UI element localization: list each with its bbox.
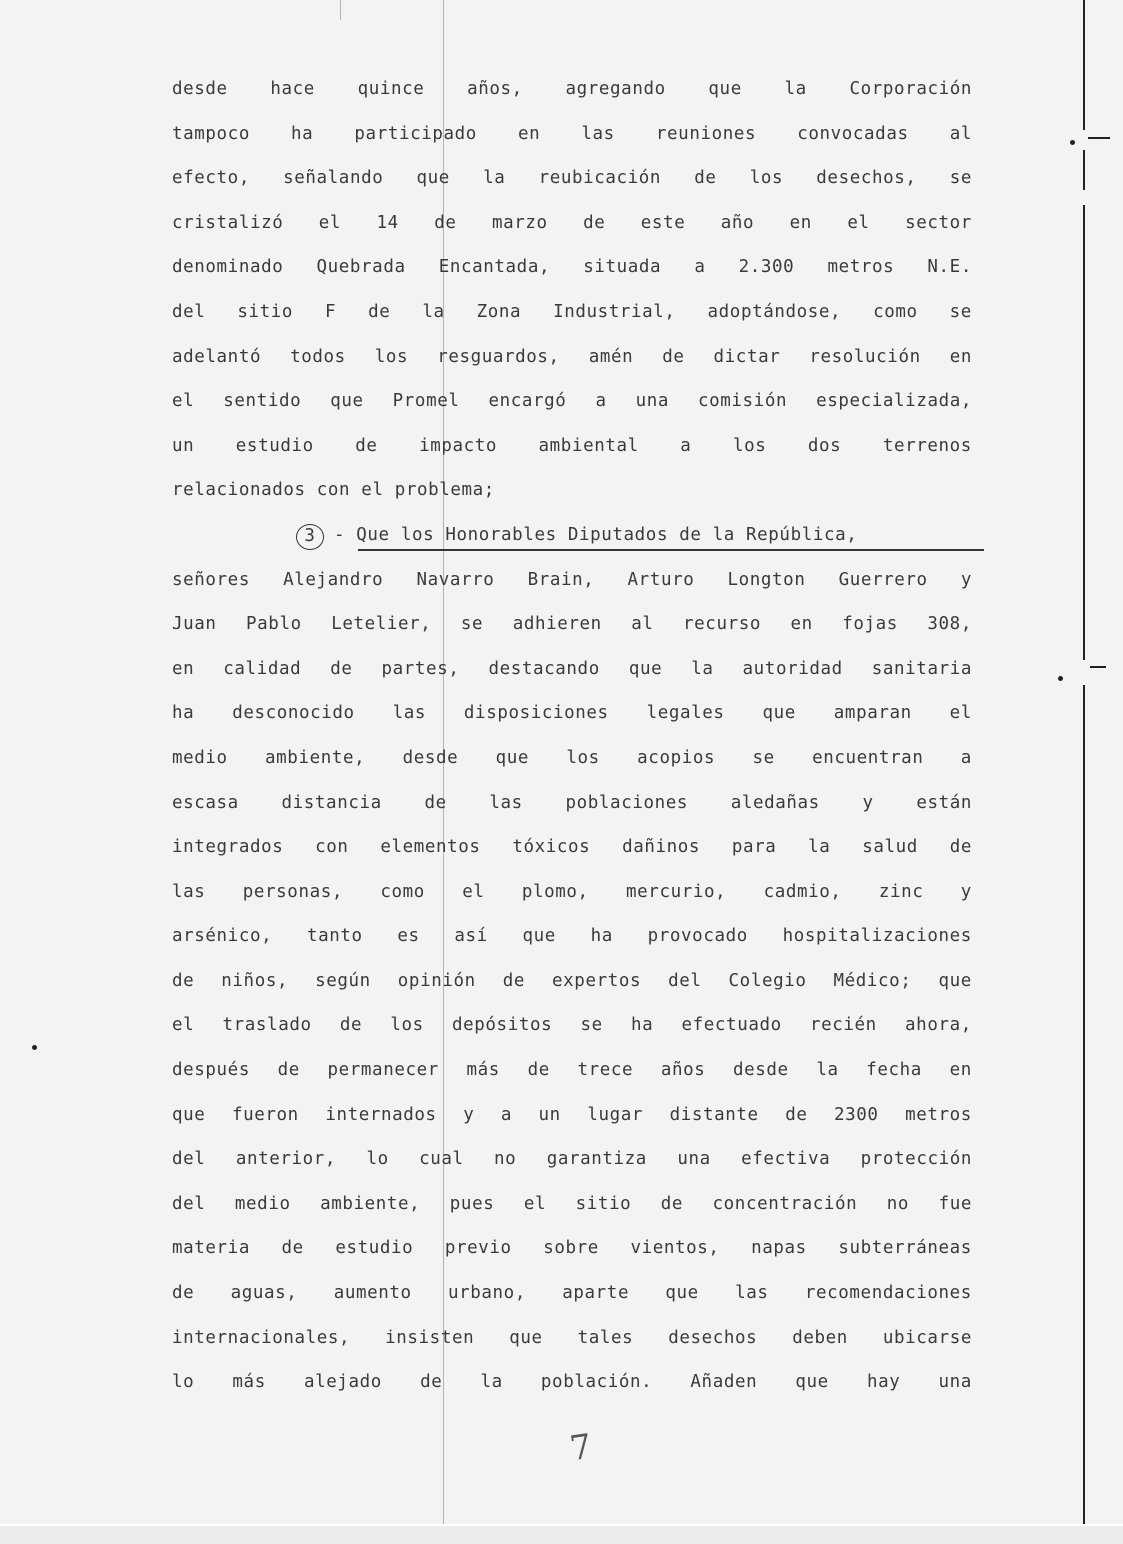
text-line: eltrasladodelosdepósitossehaefectuadorec… — [172, 1014, 972, 1059]
text-line: unestudiodeimpactoambientalalosdosterren… — [172, 435, 972, 480]
text-line: despuésdepermanecermásdetreceañosdesdela… — [172, 1059, 972, 1104]
text-line: efecto,señalandoquelareubicacióndelosdes… — [172, 167, 972, 212]
punch-mark — [32, 1045, 37, 1050]
scanned-page: desdehacequinceaños,agregandoquelaCorpor… — [0, 0, 1123, 1530]
punch-mark — [1058, 676, 1063, 681]
text-line: lomásalejadodelapoblación.Añadenquehayun… — [172, 1371, 972, 1416]
text-line: denominadoQuebradaEncantada,situadaa2.30… — [172, 256, 972, 301]
text-line: señoresAlejandroNavarroBrain,ArturoLongt… — [172, 569, 972, 614]
binding-mark — [1088, 137, 1110, 139]
text-line: tampocohaparticipadoenlasreunionesconvoc… — [172, 123, 972, 168]
text-line: relacionados con el problema; — [172, 479, 972, 524]
handwritten-page-number: 7 — [567, 1427, 594, 1470]
text-line: delsitioFdelaZonaIndustrial,adoptándose,… — [172, 301, 972, 346]
text-line: quefueroninternadosyaunlugardistantede23… — [172, 1104, 972, 1149]
text-line: hadesconocidolasdisposicioneslegalesquea… — [172, 702, 972, 747]
text-line: arsénico,tantoesasíquehaprovocadohospita… — [172, 925, 972, 970]
text-line: desdehacequinceaños,agregandoquelaCorpor… — [172, 78, 972, 123]
text-line: materiadeestudiopreviosobrevientos,napas… — [172, 1237, 972, 1282]
punch-mark — [1070, 140, 1075, 145]
circled-paragraph-number: 3 — [296, 524, 324, 550]
text-line: deaguas,aumentourbano,apartequelasrecome… — [172, 1282, 972, 1327]
scan-bottom-edge — [0, 1524, 1123, 1544]
paragraph-3-heading: 3 - Que los Honorables Diputados de la R… — [172, 524, 972, 569]
binding-edge-line — [1083, 685, 1085, 1525]
binding-mark — [1090, 666, 1106, 668]
binding-edge-line — [1083, 150, 1085, 190]
text-line: medioambiente,desdequelosacopiosseencuen… — [172, 747, 972, 792]
binding-edge-line — [1083, 0, 1085, 130]
text-line: cristalizóel14demarzodeesteañoenelsector — [172, 212, 972, 257]
scan-artifact — [340, 0, 341, 20]
text-line: adelantótodoslosresguardos,améndedictarr… — [172, 346, 972, 391]
document-body: desdehacequinceaños,agregandoquelaCorpor… — [172, 78, 972, 1416]
paragraph-heading-text: - Que los Honorables Diputados de la Rep… — [334, 524, 857, 569]
text-line: encalidaddepartes,destacandoquelaautorid… — [172, 658, 972, 703]
text-line: elsentidoquePromelencargóaunacomisiónesp… — [172, 390, 972, 435]
text-line: deniños,segúnopinióndeexpertosdelColegio… — [172, 970, 972, 1015]
text-line: laspersonas,comoelplomo,mercurio,cadmio,… — [172, 881, 972, 926]
binding-edge-line — [1083, 205, 1085, 660]
text-line: internacionales,insistenquetalesdesechos… — [172, 1327, 972, 1372]
text-line: escasadistanciadelaspoblacionesaledañasy… — [172, 792, 972, 837]
text-line: JuanPabloLetelier,seadhierenalrecursoenf… — [172, 613, 972, 658]
text-line: delanterior,locualnogarantizaunaefectiva… — [172, 1148, 972, 1193]
text-line: delmedioambiente,pueselsitiodeconcentrac… — [172, 1193, 972, 1238]
handwritten-underline — [358, 549, 984, 551]
text-line: integradosconelementostóxicosdañinospara… — [172, 836, 972, 881]
